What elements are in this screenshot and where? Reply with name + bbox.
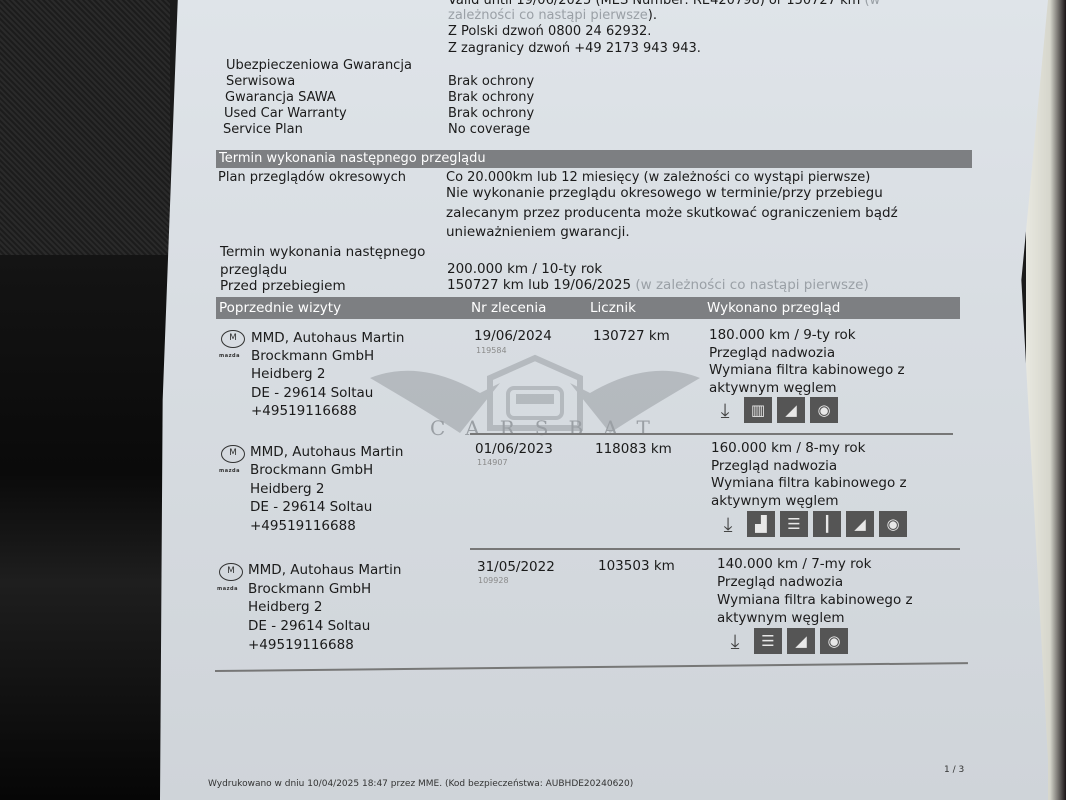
warranty-value: Brak ochrony (448, 106, 534, 123)
service-details: 180.000 km / 9-ty rokPrzegląd nadwoziaWy… (709, 327, 905, 397)
col-order-number: Nr zlecenia (471, 300, 546, 317)
eye-icon[interactable]: ◉ (810, 397, 838, 423)
service-icons: ⤓ ▥ ◢ ◉ (711, 397, 838, 423)
print-info: Wydrukowano w dniu 10/04/2025 18:47 prze… (208, 776, 633, 793)
eye-icon[interactable]: ◉ (879, 511, 907, 537)
row-divider (470, 548, 960, 550)
service-icons: ⤓ ▟ ☰ ┃ ◢ ◉ (714, 511, 907, 537)
before-label: Przed przebiegiem (220, 278, 346, 295)
service-icons: ⤓ ☰ ◢ ◉ (721, 628, 848, 654)
dealer-info: MMD, Autohaus MartinBrockmann GmbHHeidbe… (248, 561, 401, 655)
warranty-value: No coverage (448, 122, 530, 139)
order-number: 114907 (477, 458, 508, 467)
row-divider (470, 433, 953, 435)
download-icon[interactable]: ⤓ (711, 397, 739, 423)
due-label-2: przeglądu (220, 262, 287, 279)
roadside-validity-note: zależności co nastąpi pierwsze). (448, 8, 657, 25)
order-number: 119584 (476, 346, 507, 355)
mazda-logo-icon: Mmazda (219, 563, 245, 598)
dealer-info: MMD, Autohaus MartinBrockmann GmbHHeidbe… (250, 443, 403, 535)
mazda-logo-icon: Mmazda (221, 330, 247, 365)
col-odometer: Licznik (590, 300, 636, 317)
odometer: 130727 km (593, 328, 670, 345)
page-number: 1 / 3 (944, 762, 964, 779)
col-service-done: Wykonano przegląd (707, 300, 840, 317)
odometer: 118083 km (595, 441, 672, 458)
warranty-label: Gwarancja SAWA (225, 90, 336, 107)
warranty-value: Brak ochrony (448, 90, 534, 107)
warning-line: Nie wykonanie przeglądu okresowego w ter… (446, 185, 883, 202)
eye-icon[interactable]: ◉ (820, 628, 848, 654)
download-icon[interactable]: ⤓ (714, 511, 742, 537)
air-filter-icon[interactable]: ☰ (780, 511, 808, 537)
due-value: 200.000 km / 10-ty rok (447, 261, 602, 278)
warranty-label: Service Plan (223, 122, 303, 139)
odometer: 103503 km (598, 558, 675, 575)
due-label: Termin wykonania następnego (220, 244, 425, 261)
col-previous-visits: Poprzednie wizyty (219, 300, 341, 317)
order-number: 109928 (478, 576, 509, 585)
service-details: 160.000 km / 8-my rokPrzegląd nadwoziaWy… (711, 440, 907, 510)
oil-can-icon[interactable]: ◢ (846, 511, 874, 537)
next-service-header: Termin wykonania następnego przeglądu (216, 150, 972, 168)
air-filter-icon[interactable]: ☰ (754, 628, 782, 654)
warning-line: unieważnieniem gwarancji. (446, 224, 630, 241)
oil-can-icon[interactable]: ◢ (787, 628, 815, 654)
service-details: 140.000 km / 7-my rokPrzegląd nadwoziaWy… (717, 555, 913, 627)
warranty-label: Used Car Warranty (224, 106, 347, 123)
oil-can-icon[interactable]: ◢ (777, 397, 805, 423)
dealer-info: MMD, Autohaus MartinBrockmann GmbHHeidbe… (251, 329, 404, 420)
phone-abroad: Z zagranicy dzwoń +49 2173 943 943. (448, 41, 701, 58)
download-icon[interactable]: ⤓ (721, 628, 749, 654)
warranty-label: Serwisowa (226, 74, 295, 91)
battery-icon[interactable]: ▟ (747, 511, 775, 537)
service-history-document: Valid until 19/06/2025 (MES Number: RE42… (0, 0, 1066, 800)
warranty-label: Ubezpieczeniowa Gwarancja (226, 58, 412, 75)
phone-poland: Z Polski dzwoń 0800 24 62932. (448, 24, 651, 41)
spark-plug-icon[interactable]: ┃ (813, 511, 841, 537)
filter-icon[interactable]: ▥ (744, 397, 772, 423)
warning-line: zalecanym przez producenta może skutkowa… (446, 205, 898, 222)
visit-date: 31/05/2022 (477, 559, 555, 576)
visit-date: 19/06/2024 (474, 328, 552, 345)
warranty-value: Brak ochrony (448, 74, 534, 91)
section-divider (215, 662, 968, 671)
visit-date: 01/06/2023 (475, 441, 553, 458)
plan-label: Plan przeglądów okresowych (218, 170, 406, 187)
mazda-logo-icon: Mmazda (221, 445, 247, 480)
before-value: 150727 km lub 19/06/2025 (w zależności c… (447, 277, 869, 294)
